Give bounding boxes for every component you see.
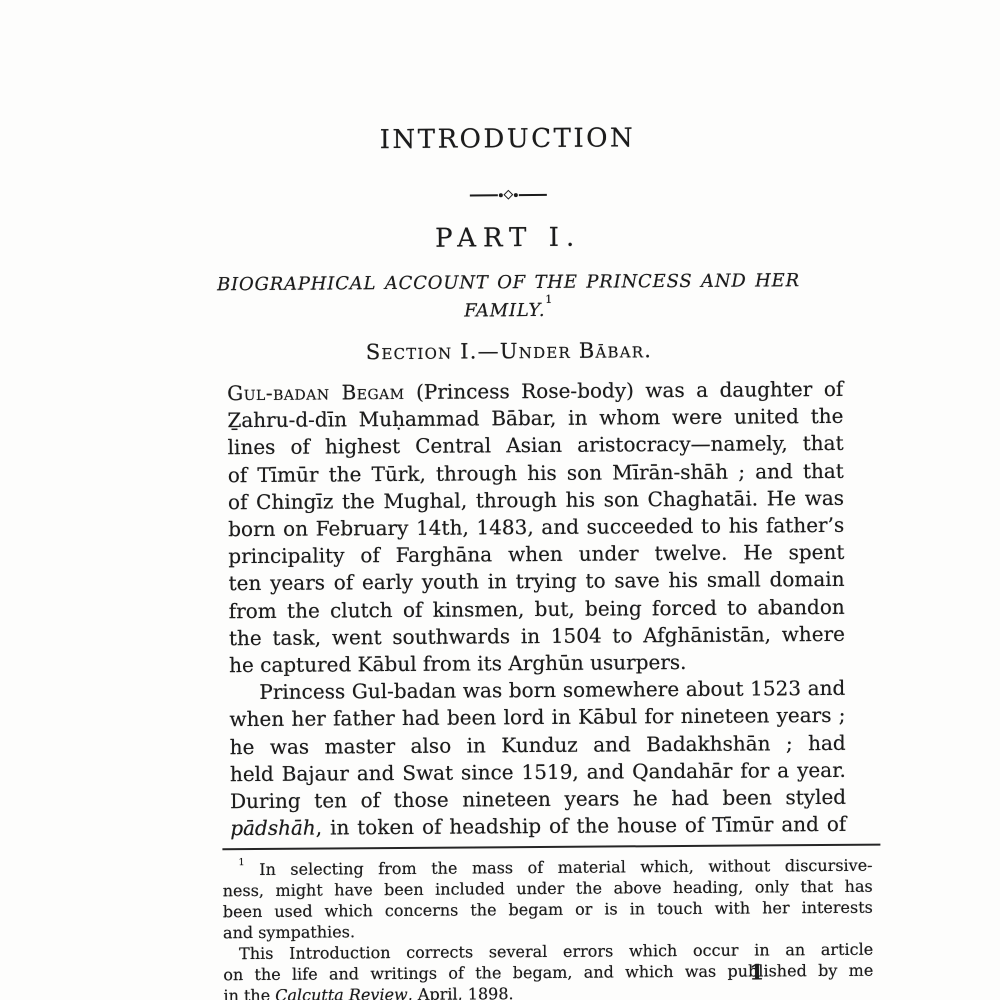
text-segment: in the — [223, 986, 275, 1000]
subtitle-line-2: FAMILY.1 — [201, 292, 817, 324]
text-segment: principality of Farghāna when under twel… — [228, 540, 844, 568]
paragraph: Gul-badan Begam (Princess Rose-body) was… — [227, 376, 845, 680]
text-segment: he was master also in Kunduz and Badakhs… — [230, 730, 846, 758]
text-segment: on the life and writings of the begam, a… — [223, 961, 873, 985]
text-segment: Gul-badan Begam — [227, 380, 405, 405]
text-line: Gul-badan Begam (Princess Rose-body) was… — [227, 376, 843, 408]
part-heading: PART I. — [200, 223, 816, 253]
footnote-reference-mark: 1 — [545, 293, 553, 306]
text-segment: and sympathies. — [223, 923, 355, 943]
text-line: ten years of early youth in trying to sa… — [228, 566, 844, 598]
text-line: of Tīmūr the Tūrk, through his son Mīrān… — [228, 457, 844, 489]
text-segment: been used which concerns the begam or is… — [223, 898, 873, 922]
text-segment: born on February 14th, 1483, and succeed… — [228, 513, 844, 541]
text-line: of Chingīz the Mughal, through his son C… — [228, 485, 844, 517]
text-segment: lines of highest Central Asian aristocra… — [228, 431, 844, 459]
text-line: he was master also in Kunduz and Badakhs… — [230, 729, 846, 761]
ornament-line-right-icon — [518, 193, 546, 195]
divider-ornament — [200, 188, 816, 201]
ornament-diamond-icon — [503, 190, 513, 200]
footnote-rule — [222, 844, 880, 851]
paragraph: This Introduction corrects several error… — [223, 939, 873, 1000]
text-segment: 1 — [238, 857, 244, 868]
body-text: Gul-badan Begam (Princess Rose-body) was… — [227, 376, 846, 843]
text-line: principality of Farghāna when under twel… — [228, 539, 844, 571]
text-segment: when her father had been lord in Kābul f… — [229, 703, 845, 731]
text-segment: held Bajaur and Swat since 1519, and Qan… — [230, 758, 846, 786]
text-segment: the task, went southwards in 1504 to Afg… — [229, 622, 845, 650]
text-line: pādshāh, in token of headship of the hou… — [230, 811, 846, 843]
section-heading: Section I.—Under Bābar. — [201, 338, 817, 364]
text-segment: from the clutch of kinsmen, but, being f… — [229, 594, 845, 622]
text-segment: of Tīmūr the Tūrk, through his son Mīrān… — [228, 458, 844, 486]
text-line: lines of highest Central Asian aristocra… — [228, 430, 844, 462]
text-line: held Bajaur and Swat since 1519, and Qan… — [230, 757, 846, 789]
text-line: born on February 14th, 1483, and succeed… — [228, 512, 844, 544]
text-line: Ẕahru-d-dīn Muḥammad Bābar, in whom were… — [227, 403, 843, 435]
text-segment: ten years of early youth in trying to sa… — [228, 567, 844, 595]
text-segment: of Chingīz the Mughal, through his son C… — [228, 486, 844, 514]
ornament-dot-left-icon — [498, 193, 502, 197]
text-line: During ten of those nineteen years he ha… — [230, 784, 846, 816]
text-segment: , in token of headship of the house of T… — [316, 812, 847, 840]
footnote: 1 In selecting from the mass of material… — [222, 855, 873, 1000]
text-segment: pādshāh — [230, 816, 316, 841]
text-line: from the clutch of kinsmen, but, being f… — [229, 593, 845, 625]
page-content: INTRODUCTION PART I. BIOGRAPHICAL ACCOUN… — [225, 0, 848, 1000]
text-line: the task, went southwards in 1504 to Afg… — [229, 621, 845, 653]
ornament-line-left-icon — [469, 194, 497, 196]
paragraph: Princess Gul-badan was born somewhere ab… — [229, 675, 846, 843]
text-segment: he captured Kābul from its Arghūn usurpe… — [229, 650, 687, 677]
paragraph: 1 In selecting from the mass of material… — [222, 855, 873, 944]
text-line: Princess Gul-badan was born somewhere ab… — [229, 675, 845, 707]
text-line: he captured Kābul from its Arghūn usurpe… — [229, 648, 845, 680]
page-number: 1 — [749, 959, 764, 984]
text-segment: (Princess Rose-body) was a daughter of — [404, 377, 843, 404]
text-segment: , April, 1898. — [408, 985, 514, 1000]
subtitle-line-1: BIOGRAPHICAL ACCOUNT OF THE PRINCESS AND… — [200, 269, 816, 296]
subtitle: BIOGRAPHICAL ACCOUNT OF THE PRINCESS AND… — [200, 269, 816, 324]
page-title: INTRODUCTION — [199, 124, 815, 154]
subtitle-line-2-text: FAMILY. — [464, 300, 545, 322]
text-segment: Calcutta Review — [275, 985, 408, 1000]
ornament-dot-right-icon — [513, 193, 517, 197]
scanned-page: INTRODUCTION PART I. BIOGRAPHICAL ACCOUN… — [0, 0, 1000, 1000]
text-segment: Ẕahru-d-dīn Muḥammad Bābar, in whom were… — [227, 404, 843, 432]
text-segment: During ten of those nineteen years he ha… — [230, 785, 846, 813]
text-line: when her father had been lord in Kābul f… — [229, 702, 845, 734]
text-segment: Princess Gul-badan was born somewhere ab… — [259, 676, 845, 704]
